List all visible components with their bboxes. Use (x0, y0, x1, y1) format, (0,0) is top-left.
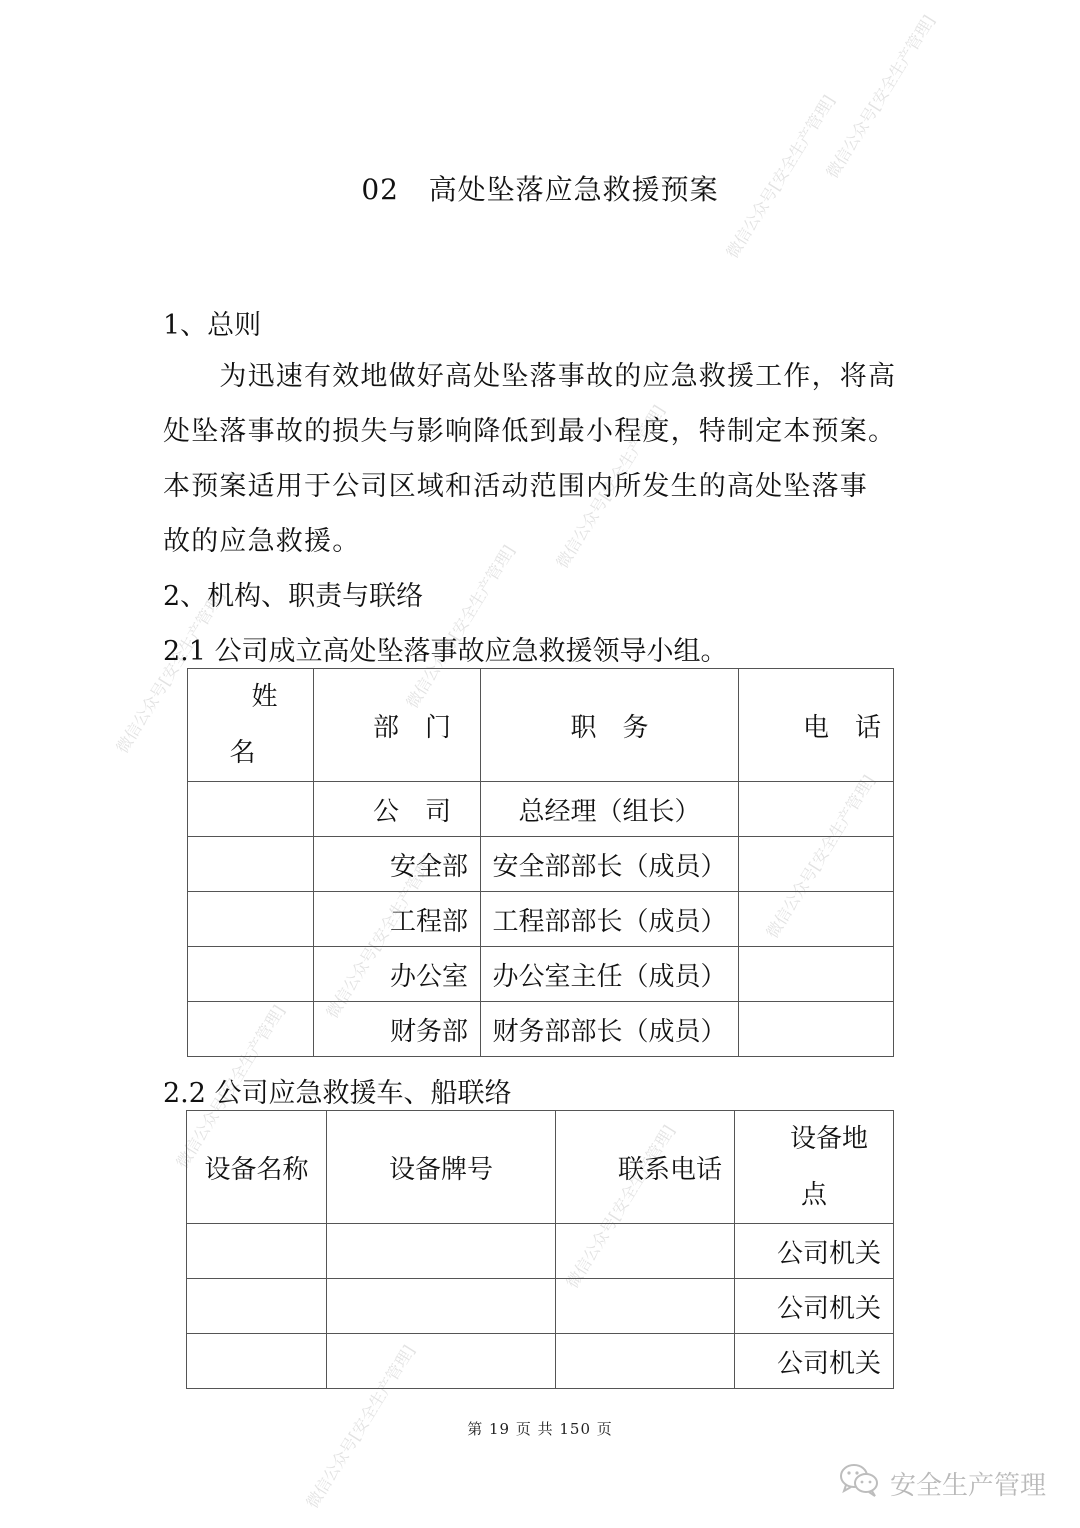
paragraph-line: 故的应急救援。 (163, 514, 923, 569)
header-equipment-name: 设备名称 (187, 1111, 327, 1224)
cell-phone (739, 892, 894, 947)
table-row: 公 司 总经理（组长） (188, 782, 894, 837)
brand-label: 安全生产管理 (890, 1465, 1046, 1502)
cell-equipment-name (187, 1334, 327, 1389)
cell-department: 安全部 (314, 837, 481, 892)
table-row: 公司机关 (187, 1279, 894, 1334)
cell-position: 办公室主任（成员） (481, 947, 739, 1002)
cell-phone (739, 837, 894, 892)
cell-plate-number (327, 1224, 556, 1279)
leadership-group-table: 姓 名 部 门 职 务 电 话 公 司 总经理（组长） 安全部 安全部部长（成员… (187, 668, 894, 1057)
header-plate-number: 设备牌号 (327, 1111, 556, 1224)
cell-plate-number (327, 1279, 556, 1334)
table-header-row: 姓 名 部 门 职 务 电 话 (188, 669, 894, 782)
table-row: 公司机关 (187, 1224, 894, 1279)
cell-plate-number (327, 1334, 556, 1389)
cell-department: 工程部 (314, 892, 481, 947)
table-row: 工程部 工程部部长（成员） (188, 892, 894, 947)
cell-contact-phone (556, 1279, 735, 1334)
cell-contact-phone (556, 1334, 735, 1389)
emergency-vehicles-table: 设备名称 设备牌号 联系电话 设备地 点 公司机关 公司机关 公司机关 (186, 1110, 894, 1389)
cell-phone (739, 782, 894, 837)
section-2-2-heading: 2.2 公司应急救援车、船联络 (163, 1071, 512, 1110)
cell-equipment-name (187, 1224, 327, 1279)
cell-name (188, 1002, 314, 1057)
header-location-line1: 设备地 (735, 1111, 893, 1167)
cell-location: 公司机关 (735, 1224, 894, 1279)
header-phone: 电 话 (739, 669, 894, 782)
cell-name (188, 947, 314, 1002)
page-number: 第 19 页 共 150 页 (0, 1418, 1080, 1439)
table-row: 安全部 安全部部长（成员） (188, 837, 894, 892)
watermark-text: 微信公众号[安全生产管理] (820, 10, 939, 182)
wechat-icon (838, 1462, 882, 1505)
table-header-row: 设备名称 设备牌号 联系电话 设备地 点 (187, 1111, 894, 1224)
cell-phone (739, 1002, 894, 1057)
paragraph-line: 为迅速有效地做好高处坠落事故的应急救援工作，将高 (163, 349, 923, 404)
cell-location: 公司机关 (735, 1334, 894, 1389)
table-row: 办公室 办公室主任（成员） (188, 947, 894, 1002)
section-2-1-heading: 2.1 公司成立高处坠落事故应急救援领导小组。 (163, 629, 728, 668)
paragraph-line: 本预案适用于公司区域和活动范围内所发生的高处坠落事 (163, 459, 923, 514)
cell-contact-phone (556, 1224, 735, 1279)
header-contact-phone: 联系电话 (556, 1111, 735, 1224)
cell-department: 公 司 (314, 782, 481, 837)
document-title: 02 高处坠落应急救援预案 (0, 168, 1080, 208)
header-name: 姓 名 (188, 669, 314, 782)
cell-position: 安全部部长（成员） (481, 837, 739, 892)
brand-watermark: 安全生产管理 (838, 1462, 1046, 1505)
cell-equipment-name (187, 1279, 327, 1334)
cell-location: 公司机关 (735, 1279, 894, 1334)
cell-name (188, 782, 314, 837)
section-1-heading: 1、总则 (163, 303, 261, 342)
section-2-heading: 2、机构、职责与联络 (163, 574, 423, 613)
paragraph-line: 处坠落事故的损失与影响降低到最小程度，特制定本预案。 (163, 404, 923, 459)
cell-department: 财务部 (314, 1002, 481, 1057)
section-1-paragraph: 为迅速有效地做好高处坠落事故的应急救援工作，将高 处坠落事故的损失与影响降低到最… (163, 349, 923, 569)
header-location: 设备地 点 (735, 1111, 894, 1224)
cell-position: 总经理（组长） (481, 782, 739, 837)
header-name-line1: 姓 (188, 669, 313, 725)
header-location-line2: 点 (735, 1167, 893, 1223)
cell-position: 工程部部长（成员） (481, 892, 739, 947)
cell-name (188, 837, 314, 892)
header-department: 部 门 (314, 669, 481, 782)
cell-department: 办公室 (314, 947, 481, 1002)
header-name-line2: 名 (188, 725, 313, 781)
table-row: 财务部 财务部部长（成员） (188, 1002, 894, 1057)
table-row: 公司机关 (187, 1334, 894, 1389)
header-position: 职 务 (481, 669, 739, 782)
cell-position: 财务部部长（成员） (481, 1002, 739, 1057)
cell-name (188, 892, 314, 947)
cell-phone (739, 947, 894, 1002)
